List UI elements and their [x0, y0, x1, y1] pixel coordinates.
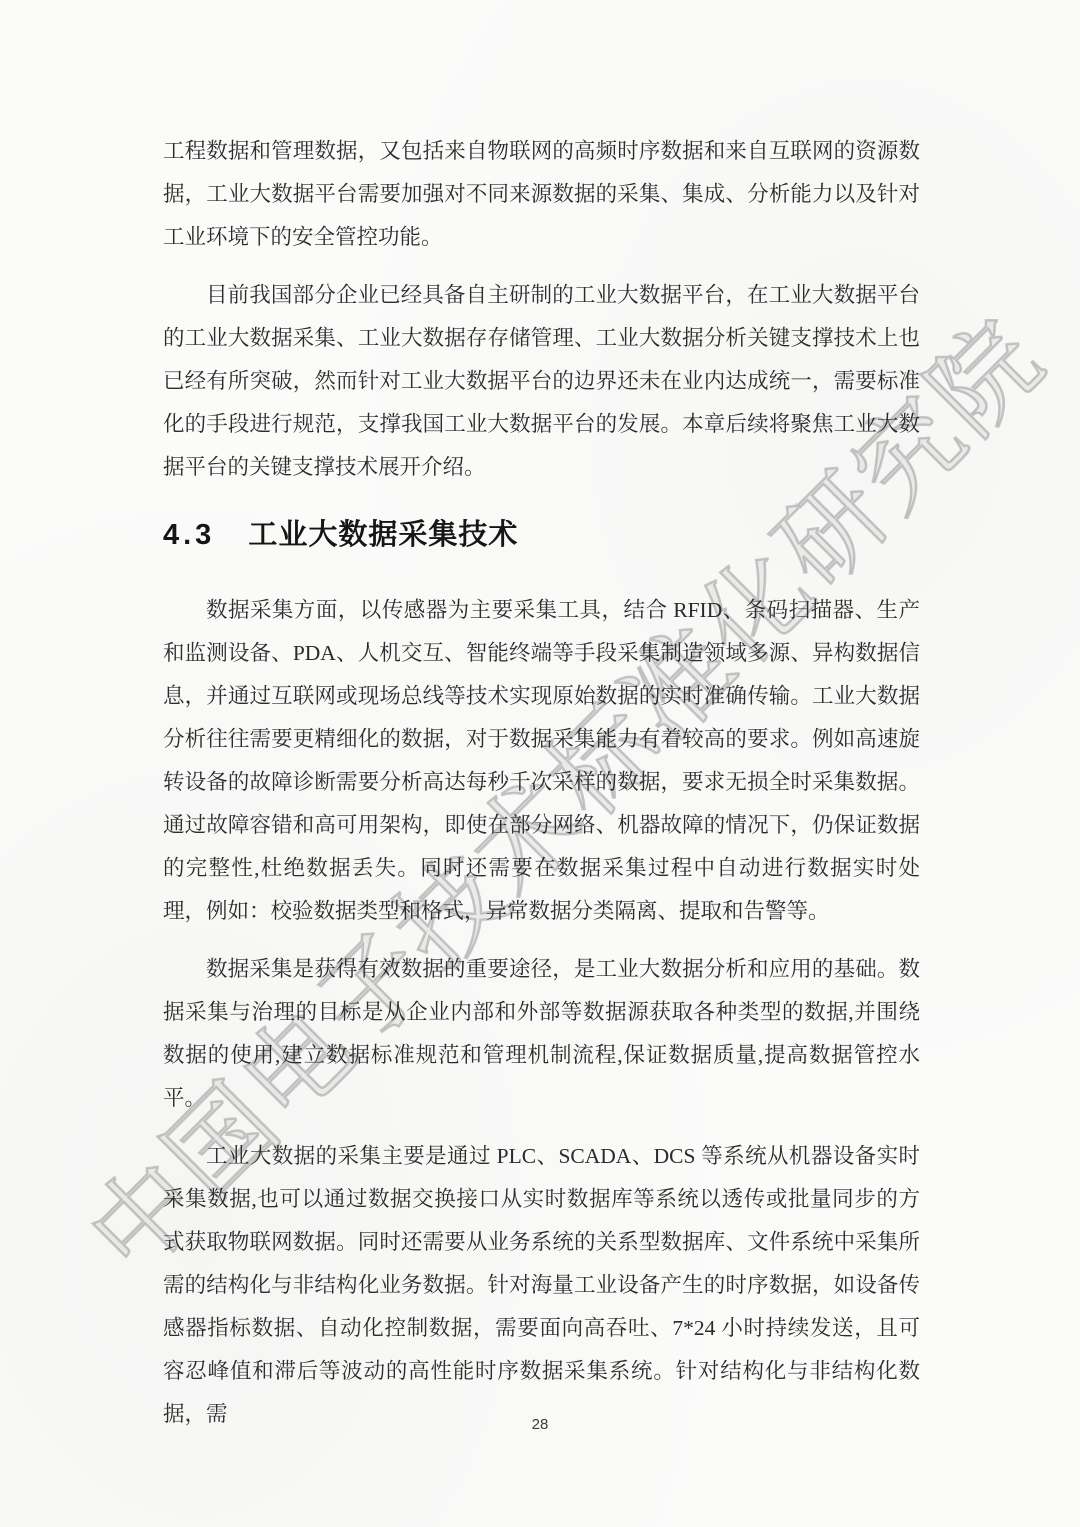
paragraph-3: 数据采集方面，以传感器为主要采集工具，结合 RFID、条码扫描器、生产和监测设备…	[163, 589, 920, 933]
page-content: 工程数据和管理数据，又包括来自物联网的高频时序数据和来自互联网的资源数据，工业大…	[163, 130, 920, 1451]
paragraph-4: 数据采集是获得有效数据的重要途径，是工业大数据分析和应用的基础。数据采集与治理的…	[163, 948, 920, 1120]
paragraph-5: 工业大数据的采集主要是通过 PLC、SCADA、DCS 等系统从机器设备实时采集…	[163, 1135, 920, 1436]
section-heading: 4.3 工业大数据采集技术	[163, 515, 920, 555]
section-number: 4.3	[163, 519, 215, 551]
section-title: 工业大数据采集技术	[248, 519, 518, 551]
paragraph-1: 工程数据和管理数据，又包括来自物联网的高频时序数据和来自互联网的资源数据，工业大…	[163, 130, 920, 259]
paragraph-2: 目前我国部分企业已经具备自主研制的工业大数据平台，在工业大数据平台的工业大数据采…	[163, 274, 920, 489]
page-number: 28	[0, 1416, 1080, 1433]
